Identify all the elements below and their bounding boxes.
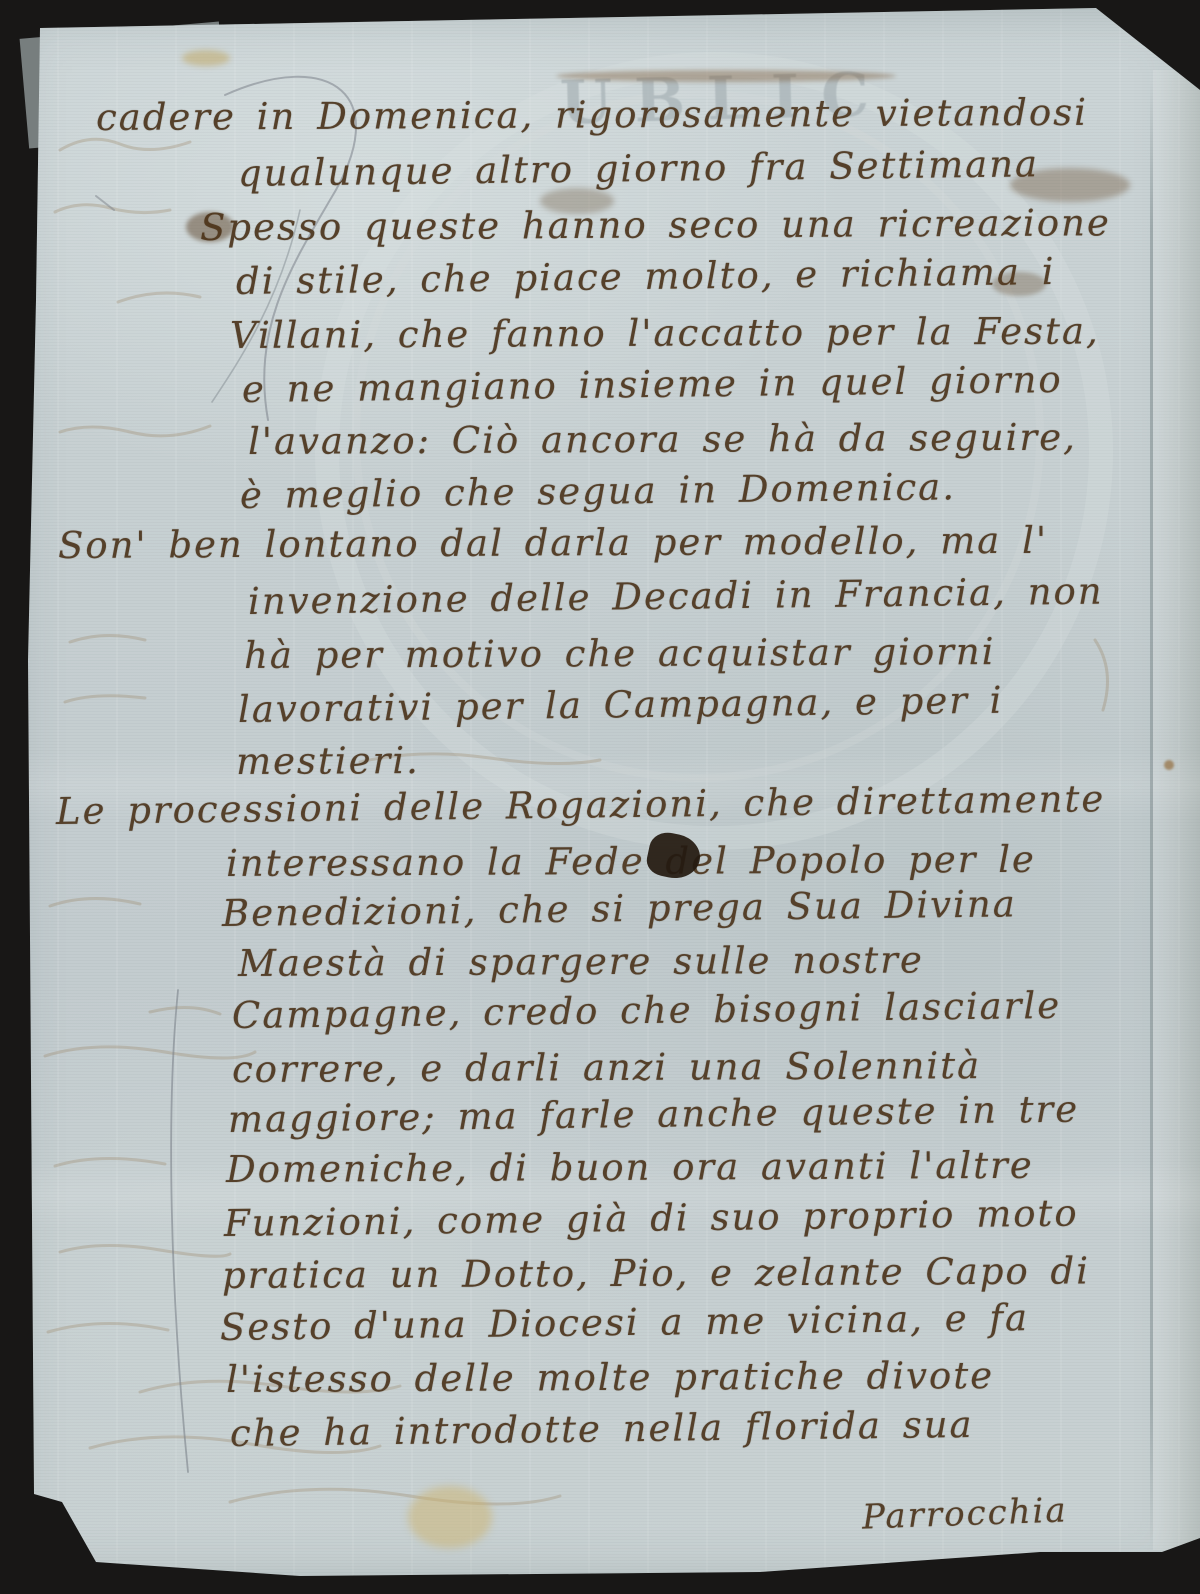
ink-smear — [992, 272, 1046, 296]
manuscript-line-16: Benedizioni, che si prega Sua Divina — [222, 882, 1017, 935]
ink-smear — [556, 70, 896, 82]
manuscript-line-23: pratica un Dotto, Pio, e zelante Capo di — [222, 1249, 1090, 1297]
manuscript-line-5: Villani, che fanno l'accatto per la Fest… — [230, 309, 1100, 357]
catchword: Parrocchia — [861, 1490, 1068, 1537]
manuscript-line-24: Sesto d'una Diocesi a me vicina, e fa — [220, 1296, 1030, 1349]
manuscript-line-11: hà per motivo che acquistar giorni — [244, 630, 996, 677]
manuscript-line-15: interessano la Fede del Popolo per le — [226, 838, 1036, 885]
manuscript-line-10: invenzione delle Decadi in Francia, non — [248, 570, 1104, 623]
scan-background: UBLIC cadere in Domenica, — [0, 0, 1200, 1594]
manuscript-line-2: qualunque altro giorno fra Settimana — [238, 142, 1040, 195]
stain — [408, 1486, 492, 1548]
manuscript-line-4: di stile, che piace molto, e richiama i — [236, 250, 1056, 303]
letter-page: UBLIC cadere in Domenica, — [0, 0, 1200, 1594]
manuscript-line-21: Domeniche, di buon ora avanti l'altre — [226, 1144, 1034, 1191]
manuscript-line-13: mestieri. — [236, 739, 420, 783]
manuscript-line-25: l'istesso delle molte pratiche divote — [226, 1354, 994, 1401]
manuscript-line-26: che ha introdotte nella florida sua — [230, 1403, 974, 1455]
manuscript-line-20: maggiore; ma farle anche queste in tre — [228, 1088, 1080, 1141]
manuscript-text: cadere in Domenica, rigorosamente vietan… — [0, 0, 1200, 1594]
manuscript-line-22: Funzioni, come già di suo proprio moto — [224, 1192, 1079, 1245]
ink-smear — [186, 212, 234, 242]
manuscript-line-7: l'avanzo: Ciò ancora se hà da seguire, — [248, 416, 1077, 463]
manuscript-line-6: e ne mangiano insieme in quel giorno — [242, 358, 1063, 411]
manuscript-line-8: è meglio che segua in Domenica. — [240, 465, 956, 517]
manuscript-line-18: Campagne, credo che bisogni lasciarle — [232, 984, 1062, 1037]
manuscript-line-1: cadere in Domenica, rigorosamente vietan… — [96, 91, 1088, 139]
manuscript-line-14: Le processioni delle Rogazioni, che dire… — [56, 777, 1106, 833]
ink-smear — [1010, 168, 1130, 202]
stain — [1164, 760, 1174, 770]
manuscript-line-9: Son' ben lontano dal darla per modello, … — [58, 519, 1048, 567]
manuscript-line-12: lavorativi per la Campagna, e per i — [238, 679, 1004, 731]
manuscript-line-3: Spesso queste hanno seco una ricreazione — [200, 201, 1111, 249]
stain — [182, 50, 230, 66]
manuscript-line-19: correre, e darli anzi una Solennità — [232, 1044, 981, 1091]
ink-smear — [540, 188, 614, 214]
manuscript-line-17: Maestà di spargere sulle nostre — [238, 938, 924, 985]
